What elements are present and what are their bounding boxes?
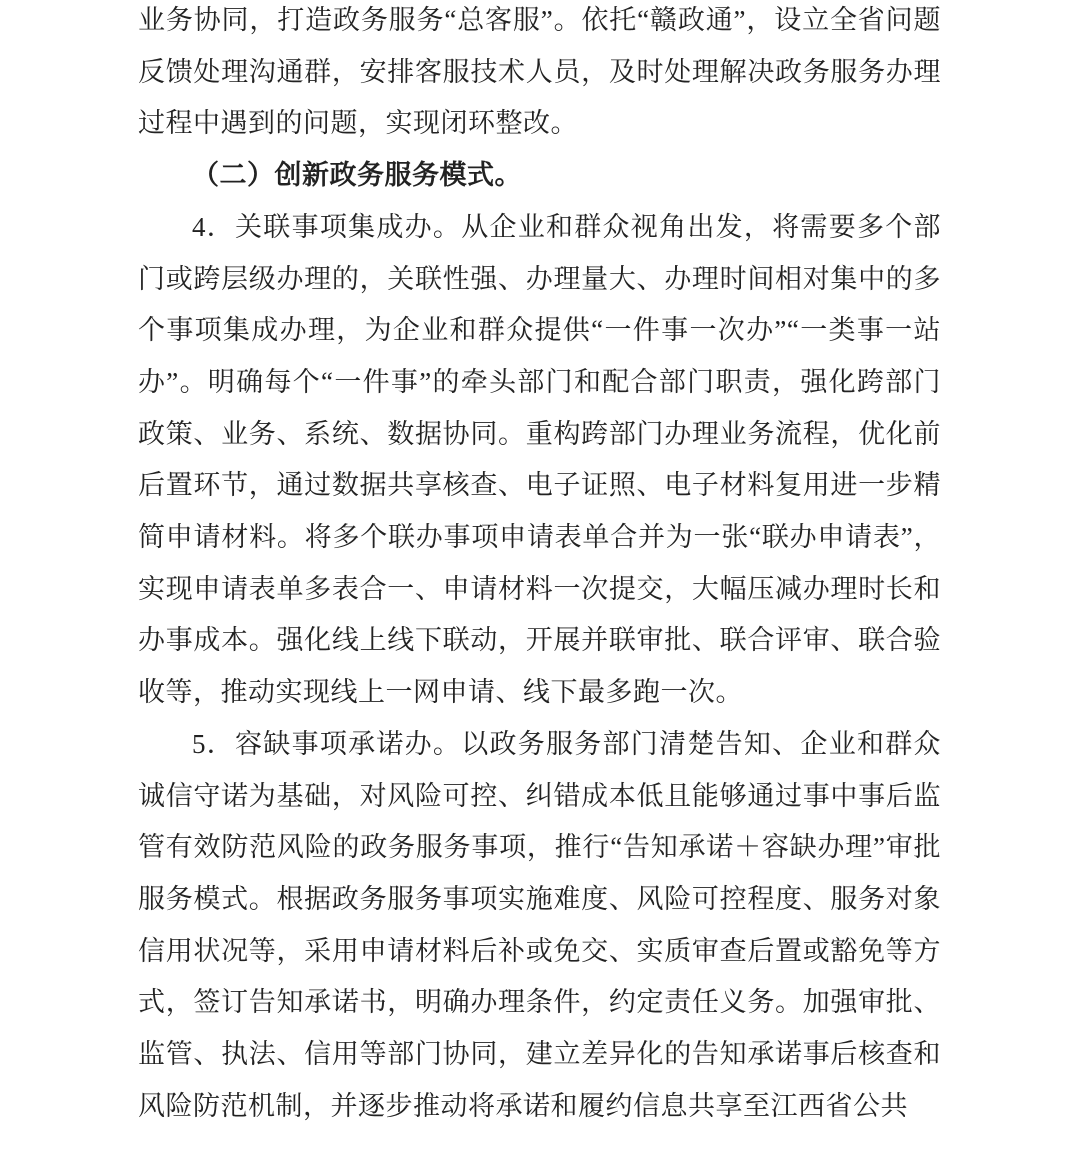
body-paragraph-item-5: 5．容缺事项承诺办。以政务服务部门清楚告知、企业和群众诚信守诺为基础，对风险可控… [138,719,941,1133]
document-page: 业务协同，打造政务服务“总客服”。依托“赣政通”，设立全省问题反馈处理沟通群，安… [0,0,1074,1157]
section-heading: （二）创新政务服务模式。 [138,150,941,202]
body-paragraph-item-4: 4．关联事项集成办。从企业和群众视角出发，将需要多个部门或跨层级办理的，关联性强… [138,202,941,719]
body-paragraph-continuation: 业务协同，打造政务服务“总客服”。依托“赣政通”，设立全省问题反馈处理沟通群，安… [138,0,941,150]
